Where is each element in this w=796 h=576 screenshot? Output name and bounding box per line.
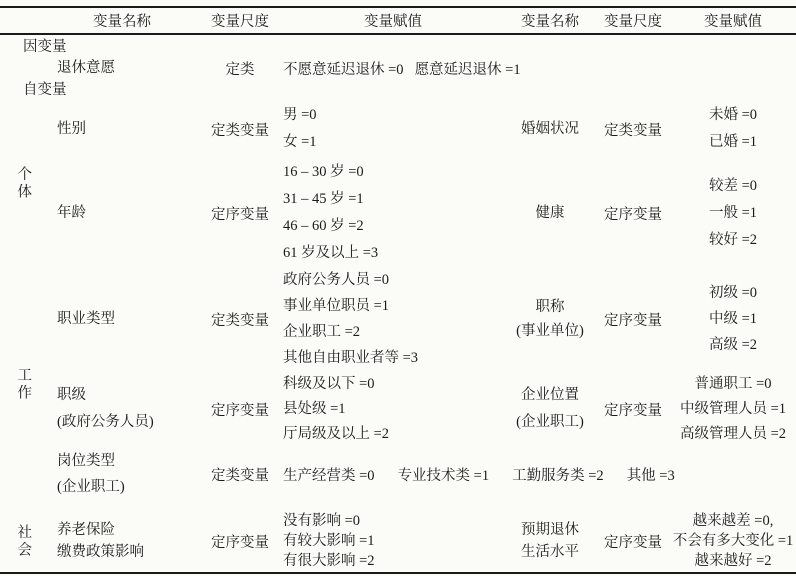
var-scale-expected-retirement-living: 定序变量: [604, 531, 662, 552]
var-name-marital-status: 婚姻状况: [521, 117, 579, 141]
var-scale-gender: 定类变量: [211, 119, 269, 140]
value-item: 较好 =2: [709, 227, 757, 254]
row-post-type: 岗位类型 (企业职工) 定类变量 生产经营类 =0 专业技术类 =1 工勤服务类…: [46, 447, 796, 501]
var-name-enterprise-position: 企业位置 (企业职工): [504, 371, 596, 447]
value-item: 科级及以下 =0: [283, 372, 375, 397]
var-values-occupation-type: 政府公务人员 =0 事业单位职员 =1 企业职工 =2 其他自由职业者等 =3: [282, 267, 504, 371]
var-name-gender: 性别: [57, 117, 86, 141]
independent-section-row: 自变量: [0, 78, 796, 99]
var-scale-professional-title: 定序变量: [604, 309, 662, 330]
value-item: 其他自由职业者等 =3: [283, 345, 418, 371]
group-label-society: 社会: [0, 510, 46, 572]
var-scale-pension-policy: 定序变量: [211, 531, 269, 552]
row-age-health: 年龄 定序变量 16 – 30 岁 =0 31 – 45 岁 =1 46 – 6…: [46, 159, 796, 267]
value-item: 16 – 30 岁 =0: [283, 159, 364, 186]
value-item: 有较大影响 =1: [283, 531, 375, 551]
value-item: 普通职工 =0: [694, 372, 771, 397]
var-values-age: 16 – 30 岁 =0 31 – 45 岁 =1 46 – 60 岁 =2 6…: [282, 159, 504, 267]
var-scale-rank: 定序变量: [211, 399, 269, 420]
value-item: 工勤服务类 =2: [512, 464, 604, 485]
dependent-section-label: 因变量: [23, 35, 67, 56]
var-name-age: 年龄: [57, 201, 86, 225]
value-item: 厅局级及以上 =2: [283, 422, 389, 447]
row-pension-expectation: 养老保险 缴费政策影响 定序变量 没有影响 =0 有较大影响 =1 有很大影响 …: [46, 510, 796, 572]
value-item: 已婚 =1: [709, 129, 757, 156]
value-item: 没有影响 =0: [283, 511, 360, 531]
value-item: 61 岁及以上 =3: [283, 240, 378, 267]
var-values-health: 较差 =0 一般 =1 较好 =2: [670, 159, 796, 267]
value-item: 不会有多大变化 =1: [673, 531, 794, 551]
var-scale-occupation-type: 定类变量: [211, 309, 269, 330]
var-name-expected-retirement-living: 预期退休 生活水平: [504, 510, 596, 572]
row-retirement-willingness: 退休意愿 定类 不愿意延迟退休 =0 愿意延迟退休 =1: [0, 56, 796, 78]
value-item: 46 – 60 岁 =2: [283, 213, 364, 240]
col-header-name-right: 变量名称: [504, 10, 596, 31]
value-item: 越来越差 =0,: [693, 511, 774, 531]
value-item: 一般 =1: [709, 200, 757, 227]
var-values-enterprise-position: 普通职工 =0 中级管理人员 =1 高级管理人员 =2: [670, 371, 796, 447]
var-values-post-type: 生产经营类 =0 专业技术类 =1 工勤服务类 =2 其他 =3: [282, 447, 796, 501]
independent-section-label: 自变量: [23, 78, 67, 99]
var-scale-post-type: 定类变量: [211, 464, 269, 485]
var-name-post-type: 岗位类型 (企业职工): [46, 447, 198, 501]
group-society: 社会 养老保险 缴费政策影响 定序变量 没有影响 =0 有较大影响 =1 有很大…: [0, 510, 796, 572]
col-header-scale-left: 变量尺度: [198, 10, 282, 31]
value-item: 有很大影响 =2: [283, 551, 375, 571]
value-item: 女 =1: [283, 129, 317, 156]
group-label-work: 工作: [0, 267, 46, 501]
value-item: 31 – 45 岁 =1: [283, 186, 364, 213]
var-scale-enterprise-position: 定序变量: [604, 399, 662, 420]
var-name-rank: 职级 (政府公务人员): [46, 371, 198, 447]
value-item: 政府公务人员 =0: [283, 267, 389, 293]
dependent-section-row: 因变量: [0, 35, 796, 56]
value-item: 未婚 =0: [709, 102, 757, 129]
value-item: 愿意延迟退休 =1: [415, 58, 521, 79]
col-header-value-left: 变量赋值: [282, 10, 504, 31]
value-item: 生产经营类 =0: [283, 464, 375, 485]
var-name-professional-title: 职称 (事业单位): [504, 267, 596, 371]
var-scale-marital-status: 定类变量: [604, 119, 662, 140]
col-header-scale-right: 变量尺度: [596, 10, 670, 31]
group-work: 工作 职业类型 定类变量 政府公务人员 =0 事业单位职员 =1 企业职工 =2…: [0, 267, 796, 501]
var-values-marital-status: 未婚 =0 已婚 =1: [670, 99, 796, 159]
group-label-individual: 个体: [0, 99, 46, 267]
var-name-health: 健康: [536, 201, 565, 225]
row-gender-marital: 性别 定类变量 男 =0 女 =1 婚姻状况 定类变量 未婚 =0 已婚 =1: [46, 99, 796, 159]
value-item: 不愿意延迟退休 =0: [283, 58, 404, 79]
value-item: 专业技术类 =1: [398, 464, 490, 485]
col-header-name-left: 变量名称: [46, 10, 198, 31]
var-name-pension-policy: 养老保险 缴费政策影响: [46, 510, 198, 572]
var-name-retirement-willingness: 退休意愿: [57, 56, 115, 80]
table-header-row: 变量名称 变量尺度 变量赋值 变量名称 变量尺度 变量赋值: [0, 8, 796, 35]
value-item: 男 =0: [283, 102, 317, 129]
value-item: 高级 =2: [709, 332, 757, 358]
var-scale-age: 定序变量: [211, 203, 269, 224]
var-values-professional-title: 初级 =0 中级 =1 高级 =2: [670, 267, 796, 371]
var-name-occupation-type: 职业类型: [57, 307, 115, 331]
value-item: 县处级 =1: [283, 397, 346, 422]
var-values-rank: 科级及以下 =0 县处级 =1 厅局级及以上 =2: [282, 371, 504, 447]
value-item: 其他 =3: [627, 464, 675, 485]
value-item: 较差 =0: [709, 173, 757, 200]
value-item: 初级 =0: [709, 280, 757, 306]
var-values-pension-policy: 没有影响 =0 有较大影响 =1 有很大影响 =2: [282, 510, 504, 572]
var-scale-health: 定序变量: [604, 203, 662, 224]
value-item: 企业职工 =2: [283, 319, 360, 345]
var-values-expected-retirement-living: 越来越差 =0, 不会有多大变化 =1 越来越好 =2: [670, 510, 796, 572]
row-occupation-title: 职业类型 定类变量 政府公务人员 =0 事业单位职员 =1 企业职工 =2 其他…: [46, 267, 796, 371]
value-item: 事业单位职员 =1: [283, 293, 389, 319]
var-scale-retirement-willingness: 定类: [226, 58, 255, 79]
variables-definition-table: 变量名称 变量尺度 变量赋值 变量名称 变量尺度 变量赋值 因变量 退休意愿 定…: [0, 6, 796, 574]
var-values-retirement-willingness: 不愿意延迟退休 =0 愿意延迟退休 =1: [282, 56, 796, 80]
value-item: 越来越好 =2: [694, 551, 771, 571]
value-item: 中级 =1: [709, 306, 757, 332]
col-header-value-right: 变量赋值: [670, 10, 796, 31]
group-individual: 个体 性别 定类变量 男 =0 女 =1 婚姻状况 定类变量 未婚 =0 已婚 …: [0, 99, 796, 267]
var-values-gender: 男 =0 女 =1: [282, 99, 504, 159]
group-cell-empty: [0, 56, 46, 80]
row-rank-position: 职级 (政府公务人员) 定序变量 科级及以下 =0 县处级 =1 厅局级及以上 …: [46, 371, 796, 447]
value-item: 中级管理人员 =1: [680, 397, 786, 422]
value-item: 高级管理人员 =2: [680, 422, 786, 447]
